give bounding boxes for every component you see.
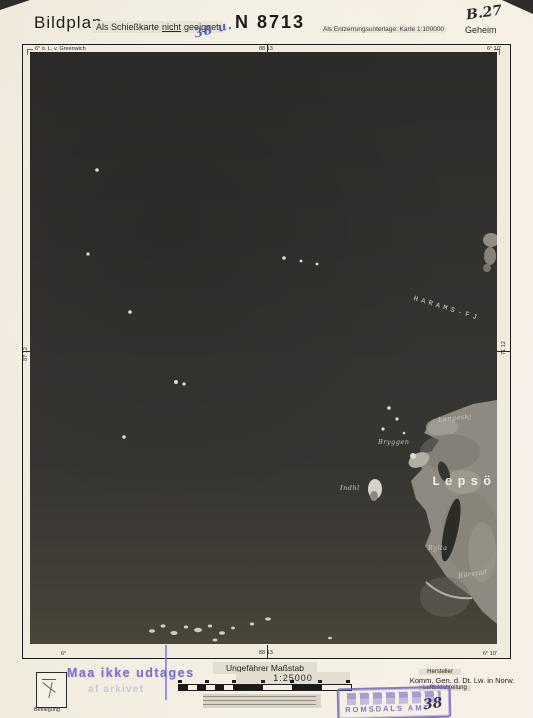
producer-heading: Hersteller (419, 669, 461, 675)
county-stamp: ROMSDALS AMT 38 (337, 686, 452, 718)
tick-left-center (23, 351, 30, 352)
scan-artifact-top-right (502, 0, 533, 14)
place-label-bylta: Bylta (428, 544, 448, 552)
flight-diagram-label: Befliegung (34, 707, 60, 713)
scale-tick (178, 680, 182, 683)
place-label-bryggen: Bryggen (378, 438, 409, 446)
frame-label-right: 71 12 (501, 341, 507, 355)
place-label-lepso: Lepsö (432, 474, 496, 489)
frame-label-bottom-center: 88 13 (259, 650, 273, 656)
suitability-prefix: Als Schießkarte (96, 22, 159, 32)
tick-right-center (497, 351, 510, 352)
pen-mark-vertical (165, 645, 167, 700)
bildplan-sheet: Bildplan Als Schießkartenichtgeeignet 38… (0, 0, 533, 718)
frame-label-left: 87 12 (23, 347, 29, 361)
flight-diagram-mark (42, 679, 56, 680)
islet-cluster-bottom (149, 617, 332, 641)
sheet-number: N 8713 (235, 12, 305, 33)
scan-artifact-top-left (0, 0, 30, 10)
tick-top-center (267, 45, 268, 52)
archive-stamp-line2: af arkivet (88, 683, 144, 695)
map-frame: 6° ö. L. v. Greenwich 88 13 6° 10' 6° 88… (22, 44, 511, 659)
classification-label: Geheim (465, 25, 497, 35)
frame-label-bottom-right: 6° 10' (483, 651, 497, 657)
county-stamp-handwritten-number: 38 (422, 695, 443, 713)
scale-bar (178, 684, 352, 691)
handwritten-code: B.27 (465, 3, 503, 24)
frame-label-bottom-left: 6° (61, 651, 66, 657)
islet-specks (86, 168, 405, 439)
scale-fine-print (203, 694, 321, 708)
flight-diagram-box (36, 672, 67, 708)
suitability-emphasis: nicht (162, 22, 181, 32)
place-label-indhl: Indhl (340, 484, 360, 492)
county-stamp-name: ROMSDALS AMT (345, 703, 430, 714)
tick-bottom-center (267, 645, 268, 658)
rectification-note: Als Entzerrungsunterlage: Karte 1:100000 (321, 26, 446, 33)
archive-stamp-line1: Maa ikke udtages (67, 666, 195, 680)
aerial-photo-graphics (30, 52, 497, 644)
aerial-photo: HARAMS-FJ Langeskj Bryggen Lepsö Indhl B… (30, 52, 497, 644)
producer-name: Komm. Gen. d. Dt. Lw. in Norw. (399, 676, 525, 685)
coast-fragment (483, 233, 497, 247)
